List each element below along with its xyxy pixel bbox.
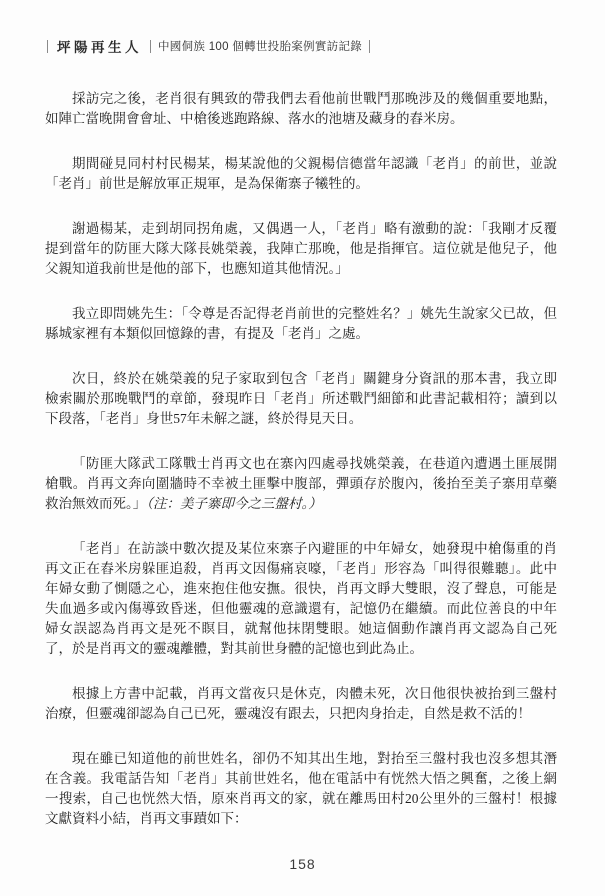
body-paragraph: 次日，終於在姚榮義的兒子家取到包含「老肖」關鍵身分資訊的那本書，我立即檢索關於那… [45, 369, 557, 429]
paragraph-text: 次日，終於在姚榮義的兒子家取到包含「老肖」關鍵身分資訊的那本書，我立即檢索關於那… [45, 371, 557, 426]
book-subtitle: 中國侗族 100 個轉世投胎案例實訪記錄 [158, 38, 362, 54]
inline-note: （注：美子寨即今之三盤村。） [146, 496, 322, 511]
body-paragraph: 採訪完之後，老肖很有興致的帶我們去看他前世戰鬥那晚涉及的幾個重要地點，如陣亡當晚… [45, 89, 557, 129]
book-page: 坪陽再生人 中國侗族 100 個轉世投胎案例實訪記錄 採訪完之後，老肖很有興致的… [0, 0, 605, 896]
body-paragraph: 我立即問姚先生：「令尊是否記得老肖前世的完整姓名？」姚先生說家父已故，但縣城家裡… [45, 304, 557, 344]
body-paragraph: 謝過楊某，走到胡同拐角處，又偶遇一人，「老肖」略有激動的說：「我剛才反覆提到當年… [45, 219, 557, 279]
paragraph-text: 我立即問姚先生：「令尊是否記得老肖前世的完整姓名？」姚先生說家父已故，但縣城家裡… [45, 306, 557, 341]
book-title: 坪陽再生人 [57, 36, 142, 56]
body-paragraph: 根據上方書中記載，肖再文當夜只是休克，肉體未死，次日他很快被抬到三盤村治療，但靈… [45, 684, 557, 724]
header-divider [369, 40, 370, 53]
body-paragraph: 現在雖已知道他的前世姓名，卻仍不知其出生地，對抬至三盤村我也沒多想其潛在含義。我… [45, 749, 557, 829]
header-divider [150, 40, 151, 53]
header-divider [47, 40, 48, 53]
body-paragraph-quote: 「防匪大隊武工隊戰士肖再文也在寨內四處尋找姚榮義，在巷道內遭遇土匪展開槍戰。肖再… [45, 454, 557, 514]
page-body-text: 採訪完之後，老肖很有興致的帶我們去看他前世戰鬥那晚涉及的幾個重要地點，如陣亡當晚… [45, 89, 557, 829]
paragraph-text: 採訪完之後，老肖很有興致的帶我們去看他前世戰鬥那晚涉及的幾個重要地點，如陣亡當晚… [45, 91, 557, 126]
paragraph-text: 現在雖已知道他的前世姓名，卻仍不知其出生地，對抬至三盤村我也沒多想其潛在含義。我… [45, 751, 557, 826]
paragraph-text: 期間碰見同村村民楊某，楊某說他的父親楊信德當年認識「老肖」的前世，並說「老肖」前… [45, 156, 557, 191]
page-number: 158 [0, 856, 605, 872]
body-paragraph: 期間碰見同村村民楊某，楊某說他的父親楊信德當年認識「老肖」的前世，並說「老肖」前… [45, 154, 557, 194]
body-paragraph: 「老肖」在訪談中數次提及某位來寨子內避匪的中年婦女，她發現中槍傷重的肖再文正在舂… [45, 539, 557, 659]
paragraph-text: 「老肖」在訪談中數次提及某位來寨子內避匪的中年婦女，她發現中槍傷重的肖再文正在舂… [45, 541, 557, 656]
paragraph-text: 謝過楊某，走到胡同拐角處，又偶遇一人，「老肖」略有激動的說：「我剛才反覆提到當年… [45, 221, 557, 276]
paragraph-text: 根據上方書中記載，肖再文當夜只是休克，肉體未死，次日他很快被抬到三盤村治療，但靈… [45, 686, 557, 721]
running-header: 坪陽再生人 中國侗族 100 個轉世投胎案例實訪記錄 [47, 36, 370, 56]
